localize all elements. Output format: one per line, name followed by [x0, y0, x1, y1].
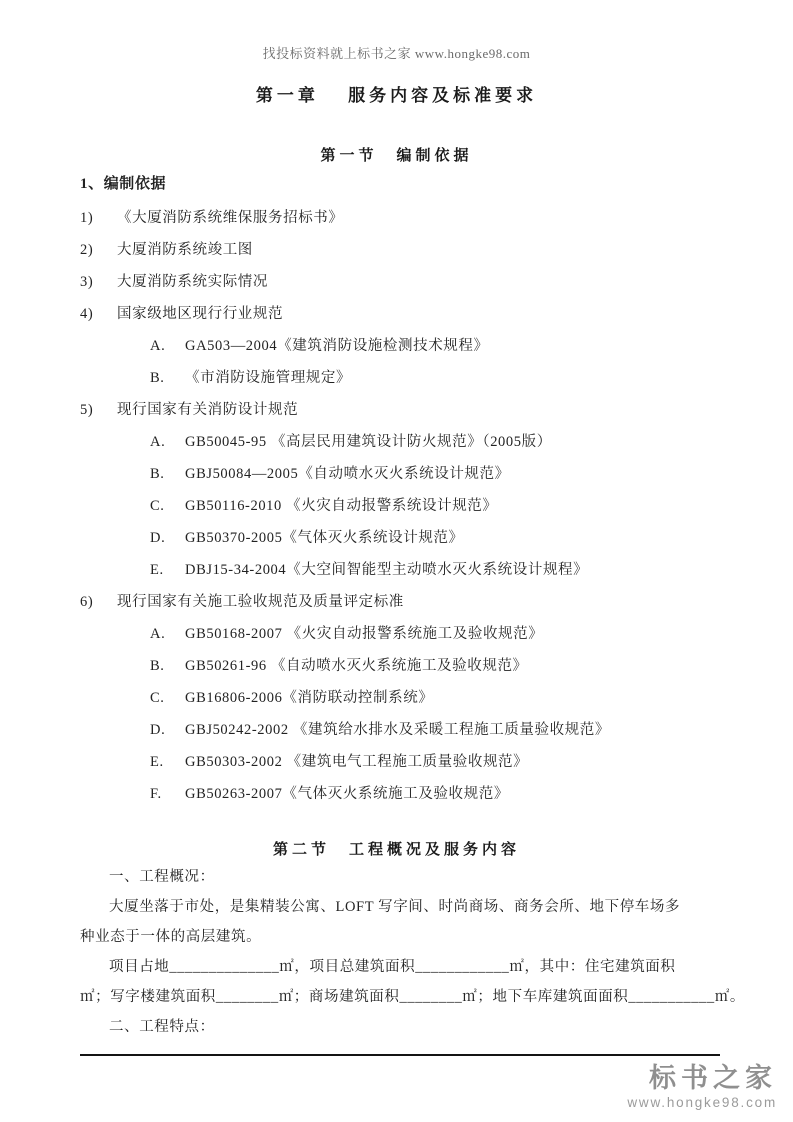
list-subitem-text: DBJ15-34-2004《大空间智能型主动喷水灭火系统设计规程》: [185, 554, 588, 586]
list-item-number: 4): [80, 298, 117, 330]
chapter-title: 第一章 服务内容及标准要求: [0, 81, 793, 106]
area-paragraph-line: ㎡；写字楼建筑面积________㎡；商场建筑面积________㎡；地下车库建…: [80, 982, 725, 1012]
list-subitem-text: GB50168-2007 《火灾自动报警系统施工及验收规范》: [185, 618, 543, 650]
list-subitem-text: GBJ50084—2005《自动喷水灭火系统设计规范》: [185, 458, 510, 490]
list-heading: 1、编制依据: [80, 170, 725, 202]
list-item-text: 现行国家有关消防设计规范: [117, 394, 298, 426]
list-item: 1) 《大厦消防系统维保服务招标书》: [80, 202, 725, 234]
list-subitem-text: GB50261-96 《自动喷水灭火系统施工及验收规范》: [185, 650, 528, 682]
list-item: 5) 现行国家有关消防设计规范: [80, 394, 725, 426]
section1-title: 第一节 编制依据: [0, 144, 793, 165]
list-item: 4) 国家级地区现行行业规范: [80, 298, 725, 330]
header-watermark: 找投标资料就上标书之家 www.hongke98.com: [0, 43, 793, 62]
list-subitem: C. GB16806-2006《消防联动控制系统》: [80, 682, 725, 714]
overview-label: 一、工程概况：: [80, 862, 725, 892]
features-label: 二、工程特点：: [80, 1012, 725, 1042]
list-subitem-text: GB50370-2005《气体灭火系统设计规范》: [185, 522, 464, 554]
document-page: 找投标资料就上标书之家 www.hongke98.com 第一章 服务内容及标准…: [0, 0, 793, 1122]
list-subitem-letter: E.: [150, 746, 185, 778]
list-subitem-letter: F.: [150, 778, 185, 810]
list-item-number: 2): [80, 234, 117, 266]
list-subitem-text: GB50045-95 《高层民用建筑设计防火规范》（2005版）: [185, 426, 552, 458]
list-subitem: D. GB50370-2005《气体灭火系统设计规范》: [80, 522, 725, 554]
list-item: 2) 大厦消防系统竣工图: [80, 234, 725, 266]
footer-divider: [80, 1054, 720, 1056]
list-subitem-text: GB50263-2007《气体灭火系统施工及验收规范》: [185, 778, 509, 810]
list-subitem-letter: B.: [150, 458, 185, 490]
list-item-number: 6): [80, 586, 117, 618]
list-subitem-letter: B.: [150, 362, 185, 394]
list-subitem-text: GB50116-2010 《火灾自动报警系统设计规范》: [185, 490, 498, 522]
section2-body: 一、工程概况： 大厦坐落于市处，是集精装公寓、LOFT 写字间、时尚商场、商务会…: [80, 862, 725, 1042]
list-subitem: E. DBJ15-34-2004《大空间智能型主动喷水灭火系统设计规程》: [80, 554, 725, 586]
list-subitem: D. GBJ50242-2002 《建筑给水排水及采暖工程施工质量验收规范》: [80, 714, 725, 746]
list-subitem-letter: A.: [150, 426, 185, 458]
list-subitem-text: 《市消防设施管理规定》: [185, 362, 351, 394]
list-item-text: 国家级地区现行行业规范: [117, 298, 283, 330]
list-subitem-letter: D.: [150, 522, 185, 554]
list-item-number: 1): [80, 202, 117, 234]
list-subitem: E. GB50303-2002 《建筑电气工程施工质量验收规范》: [80, 746, 725, 778]
list-item-number: 3): [80, 266, 117, 298]
list-subitem: B. 《市消防设施管理规定》: [80, 362, 725, 394]
list-subitem: A. GB50168-2007 《火灾自动报警系统施工及验收规范》: [80, 618, 725, 650]
list-subitem-letter: A.: [150, 618, 185, 650]
reference-list: 1、编制依据 1) 《大厦消防系统维保服务招标书》 2) 大厦消防系统竣工图 3…: [80, 170, 725, 810]
list-subitem-text: GB50303-2002 《建筑电气工程施工质量验收规范》: [185, 746, 528, 778]
list-subitem: B. GB50261-96 《自动喷水灭火系统施工及验收规范》: [80, 650, 725, 682]
list-item-number: 5): [80, 394, 117, 426]
footer-watermark: 标书之家 www.hongke98.com: [627, 1063, 777, 1111]
footer-watermark-url: www.hongke98.com: [627, 1094, 777, 1111]
list-subitem-letter: C.: [150, 682, 185, 714]
list-subitem-text: GA503—2004《建筑消防设施检测技术规程》: [185, 330, 489, 362]
overview-paragraph-line: 种业态于一体的高层建筑。: [80, 922, 725, 952]
list-subitem-text: GB16806-2006《消防联动控制系统》: [185, 682, 433, 714]
footer-watermark-brand: 标书之家: [627, 1063, 777, 1094]
area-paragraph-line: 项目占地______________㎡，项目总建筑面积____________㎡…: [80, 952, 725, 982]
list-item: 6) 现行国家有关施工验收规范及质量评定标准: [80, 586, 725, 618]
list-subitem-letter: B.: [150, 650, 185, 682]
list-subitem-letter: D.: [150, 714, 185, 746]
list-subitem: A. GA503—2004《建筑消防设施检测技术规程》: [80, 330, 725, 362]
list-item-text: 大厦消防系统实际情况: [117, 266, 268, 298]
section2-title: 第二节 工程概况及服务内容: [0, 838, 793, 859]
list-item-text: 《大厦消防系统维保服务招标书》: [117, 202, 344, 234]
list-subitem: B. GBJ50084—2005《自动喷水灭火系统设计规范》: [80, 458, 725, 490]
list-item: 3) 大厦消防系统实际情况: [80, 266, 725, 298]
list-item-text: 大厦消防系统竣工图: [117, 234, 253, 266]
list-subitem: A. GB50045-95 《高层民用建筑设计防火规范》（2005版）: [80, 426, 725, 458]
list-subitem-letter: C.: [150, 490, 185, 522]
overview-paragraph-line: 大厦坐落于市处，是集精装公寓、LOFT 写字间、时尚商场、商务会所、地下停车场多: [80, 892, 725, 922]
list-subitem: C. GB50116-2010 《火灾自动报警系统设计规范》: [80, 490, 725, 522]
list-subitem: F. GB50263-2007《气体灭火系统施工及验收规范》: [80, 778, 725, 810]
list-item-text: 现行国家有关施工验收规范及质量评定标准: [117, 586, 404, 618]
list-subitem-letter: E.: [150, 554, 185, 586]
list-subitem-letter: A.: [150, 330, 185, 362]
list-subitem-text: GBJ50242-2002 《建筑给水排水及采暖工程施工质量验收规范》: [185, 714, 610, 746]
